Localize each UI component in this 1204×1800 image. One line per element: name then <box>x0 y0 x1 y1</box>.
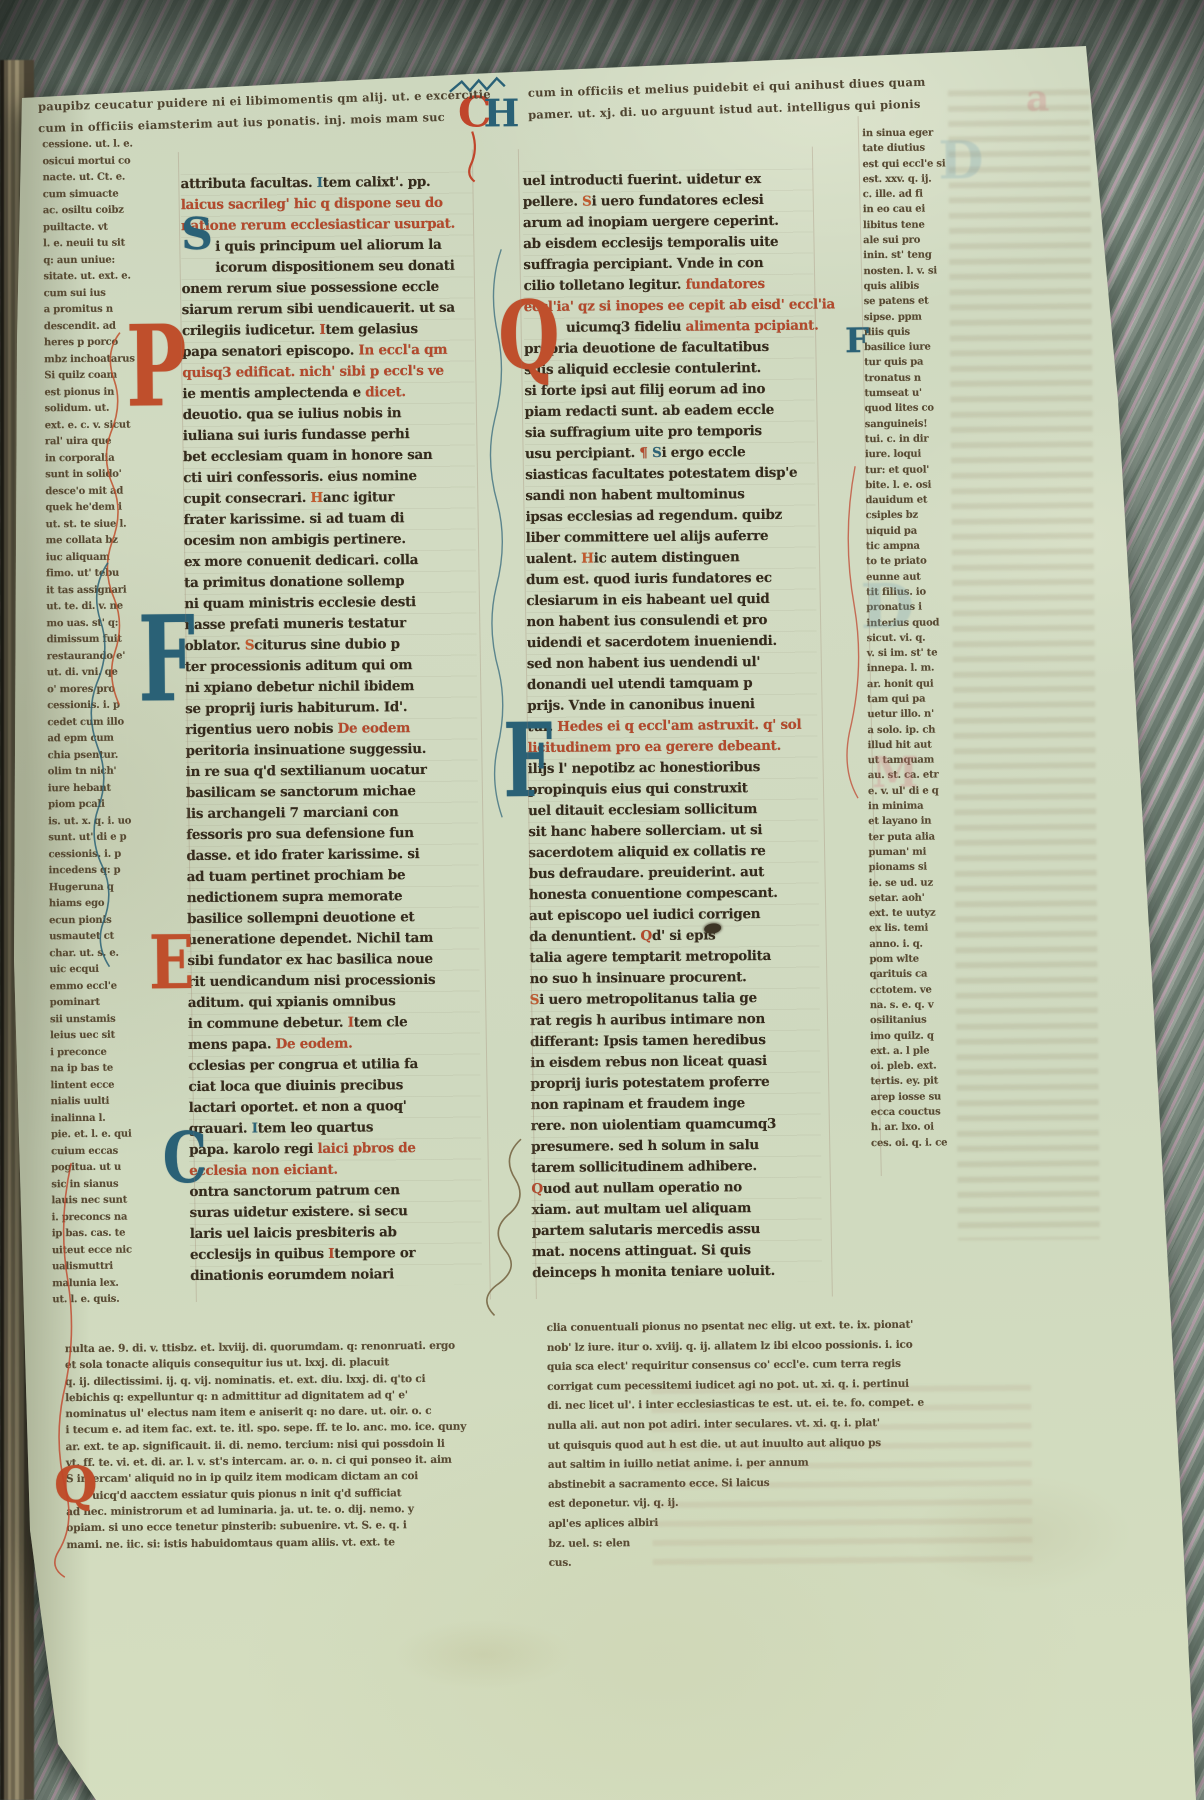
folio-number: 194 <box>1117 53 1150 73</box>
text-line: sacerdotem aliquid ex collatis re <box>528 841 818 865</box>
text-line: mat. nocens attinguat. Si quis <box>532 1240 822 1264</box>
drop-cap-f-frigentius: F <box>138 612 196 707</box>
text-line: propinquis eius qui construxit <box>528 778 818 802</box>
text-line: aut episcopo uel iudici corrigen <box>529 904 819 928</box>
text-line: sia suffragium uite pro temporis <box>525 421 815 445</box>
ivy-tendril-flourish <box>485 1139 522 1315</box>
text-line: liber committere uel alijs auferre <box>526 526 816 550</box>
text-line: iuliana sui iuris fundasse perhi <box>183 424 475 448</box>
page-shadow-wrap: p. 89. 194 CH paupibz ceucatur puidere n… <box>0 0 1204 1800</box>
text-line: dasse. et ido frater karissime. si <box>186 844 478 868</box>
text-line: uel introducti fuerint. uidetur ex <box>523 169 813 193</box>
text-line: propria deuotione de facultatibus <box>524 337 814 361</box>
text-line: fessoris pro sua defensione fun <box>186 823 478 847</box>
drop-cap-e-ecclesias: E <box>149 934 195 994</box>
text-line: ueneratione dependet. Nichil tam <box>187 928 479 952</box>
text-line: non habent ius consulendi et pro <box>526 610 816 634</box>
text-line: uel ditauit ecclesiam sollicitum <box>528 799 818 823</box>
text-line: arum ad inopiam uergere ceperint. <box>523 211 813 235</box>
text-line: dinationis eorumdem noiari <box>190 1264 482 1288</box>
text-line: clesiarum in eis habeant uel quid <box>526 589 816 613</box>
text-line: donandi uel utendi tamquam p <box>527 673 817 697</box>
drop-cap-q-quicumque: Q <box>498 299 560 375</box>
text-line: eccl'ia' qz si inopes ee cepit ab eisd' … <box>524 295 814 319</box>
main-column-2: uel introducti fuerint. uidetur expeller… <box>523 169 823 1284</box>
text-line: prijs. Vnde in canonibus inueni <box>527 694 817 718</box>
text-line: honesta conuentione compescant. <box>529 883 819 907</box>
text-line: cilio tolletano legitur. fundatores <box>523 274 813 298</box>
text-line: rere. non uiolentiam quamcumq3 <box>531 1114 821 1138</box>
text-line: natione rerum ecclesiasticar usurpat. <box>181 214 473 238</box>
corner-inscription: p. 89. <box>1061 25 1114 43</box>
text-line: uicumq3 fideliu alimenta pcipiant. <box>524 316 814 340</box>
text-line: in commune debetur. Item cle <box>188 1012 480 1036</box>
text-line: piam redacti sunt. ab eadem eccle <box>525 400 815 424</box>
text-line: aditum. qui xpianis omnibus <box>188 991 480 1015</box>
gloss-line: mami. ne. iic. si: istis habuidomtaus qu… <box>66 1533 518 1553</box>
ghost-letter-d-lower: D <box>860 576 914 638</box>
text-line: in re sua q'd sextilianum uocatur <box>186 760 478 784</box>
text-line: suis aliquid ecclesie contulerint. <box>524 358 814 382</box>
text-line: peritoria insinuatione suggessiu. <box>185 739 477 763</box>
manuscript-photo: { "page": { "folio_number": "194", "corn… <box>0 0 1204 1800</box>
text-line: icorum dispositionem seu donati <box>181 256 473 280</box>
text-line: ontra sanctorum patrum cen <box>189 1180 481 1204</box>
text-line: si forte ipsi aut filij eorum ad ino <box>524 379 814 403</box>
text-line: siarum rerum sibi uendicauerit. ut sa <box>182 298 474 322</box>
top-gloss-line2-right: pamer. ut. xj. di. uo arguunt istud aut.… <box>528 97 921 122</box>
text-line: suffragia percipiant. Vnde in con <box>523 253 813 277</box>
text-line: talia agere temptarit metropolita <box>529 946 819 970</box>
text-line: presumere. sed h solum in salu <box>531 1135 821 1159</box>
text-line: deuotio. qua se iulius nobis in <box>183 403 475 427</box>
top-gloss-line2-left: cum in officiis eiamsterim aut ius ponat… <box>38 110 445 135</box>
text-line: rigentius uero nobis De eodem <box>185 718 477 742</box>
text-line: lis archangeli 7 marciani con <box>186 802 478 826</box>
text-line: ciat loca que diuinis precibus <box>188 1075 480 1099</box>
text-line: nedictionem supra memorate <box>187 886 479 910</box>
text-line: ex more conuenit dedicari. colla <box>184 550 476 574</box>
text-line: ocesim non ambigis pertinere. <box>184 529 476 553</box>
text-line: deinceps h monita teniare uoluit. <box>532 1261 822 1285</box>
drop-cap-s-si-quis: S <box>181 217 213 252</box>
text-line: nasse prefati muneris testatur <box>184 613 476 637</box>
text-line: proprij iuris potestatem proferre <box>530 1072 820 1096</box>
text-line: i quis principum uel aliorum la <box>181 235 473 259</box>
text-line: no suo h insinuare procurent. <box>530 967 820 991</box>
text-line: ecclesia non eiciant. <box>189 1159 481 1183</box>
text-line: ter processionis aditum qui om <box>185 655 477 679</box>
text-line: onem rerum siue possessione eccle <box>181 277 473 301</box>
text-line: sed non habent ius uendendi ul' <box>527 652 817 676</box>
text-line: sandi non habent multominus <box>525 484 815 508</box>
text-line: papa senatori episcopo. In eccl'a qm <box>182 340 474 364</box>
text-line: lactari oportet. et non a quoq' <box>189 1096 481 1120</box>
text-line: usu percipiant. ¶ Si ergo eccle <box>525 442 815 466</box>
text-line: pellere. Si uero fundatores eclesi <box>523 190 813 214</box>
text-line: basilicam se sanctorum michae <box>186 781 478 805</box>
text-line: ab eisdem ecclesijs temporalis uite <box>523 232 813 256</box>
text-line: bet ecclesiam quam in honore san <box>183 445 475 469</box>
text-line: oblator. Sciturus sine dubio p <box>185 634 477 658</box>
text-line: partem salutaris mercedis assu <box>532 1219 822 1243</box>
text-line: suras uidetur existere. si secu <box>190 1201 482 1225</box>
text-line: quisq3 edificat. nich' sibi p eccl's ve <box>182 361 474 385</box>
ghost-letter-m: M <box>872 752 919 794</box>
text-line: da denuntient. Qd' si epis <box>529 925 819 949</box>
text-line: differant: Ipsis tamen heredibus <box>530 1030 820 1054</box>
text-line: tarem sollicitudinem adhibere. <box>531 1156 821 1180</box>
drop-cap-f-right-gloss: F <box>845 328 869 355</box>
text-line: ni xpiano debetur nichil ibidem <box>185 676 477 700</box>
text-line: cclesias per congrua et utilia fa <box>188 1054 480 1078</box>
text-line: crilegiis iudicetur. Item gelasius <box>182 319 474 343</box>
text-line: Quod aut nullam operatio no <box>531 1177 821 1201</box>
text-line: ta primitus donatione sollemp <box>184 571 476 595</box>
top-gloss-line1-right: cum in officiis et melius puidebit ei qu… <box>528 75 926 100</box>
text-line: cti uiri confessoris. eius nomine <box>183 466 475 490</box>
text-line: ad tuam pertinet prochiam be <box>187 865 479 889</box>
text-line: sit hanc habere sollerciam. ut si <box>528 820 818 844</box>
text-line: se proprij iuris habiturum. Id'. <box>185 697 477 721</box>
text-line: laicus sacrileg' hic q dispone seu do <box>181 193 473 217</box>
drop-cap-p-pie-mentis: P <box>126 322 187 412</box>
verso-show-through <box>948 89 1100 1240</box>
text-line: rit uendicandum nisi processionis <box>188 970 480 994</box>
text-line: ualent. Hic autem distinguen <box>526 547 816 571</box>
text-line: ni quam ministris ecclesie desti <box>184 592 476 616</box>
text-line: Si uero metropolitanus talia ge <box>530 988 820 1012</box>
text-line: cupit consecrari. Hanc igitur <box>183 487 475 511</box>
text-line: licitudinem pro ea gerere debeant. <box>527 736 817 760</box>
text-line: dum est. quod iuris fundatores ec <box>526 568 816 592</box>
drop-cap-f-filiis: F <box>503 721 553 803</box>
penwork-flourish-right-red <box>844 466 859 798</box>
text-line: bus defraudare. preuiderint. aut <box>529 862 819 886</box>
main-column-1: attributa facultas. Item calixt'. pp.lai… <box>181 172 483 1288</box>
text-line: laris uel laicis presbiteris ab <box>190 1222 482 1246</box>
manuscript-page: p. 89. 194 CH paupibz ceucatur puidere n… <box>0 0 1204 1800</box>
text-line: ilijs l' nepotibz ac honestioribus <box>528 757 818 781</box>
text-line: tur. Hedes ei q eccl'am astruxit. q' sol <box>527 715 817 739</box>
text-line: siasticas facultates potestatem disp'e <box>525 463 815 487</box>
text-line: papa. karolo regi laici pbros de <box>189 1138 481 1162</box>
text-line: ie mentis amplectenda e dicet. <box>182 382 474 406</box>
text-line: ipsas ecclesias ad regendum. quibz <box>525 505 815 529</box>
page-content: p. 89. 194 CH paupibz ceucatur puidere n… <box>0 0 1204 1800</box>
text-line: in eisdem rebus non liceat quasi <box>530 1051 820 1075</box>
text-line: mens papa. De eodem. <box>188 1033 480 1057</box>
text-line: ecclesijs in quibus Itempore or <box>190 1243 482 1267</box>
parchment-stain <box>393 1619 574 1691</box>
bottom-gloss-left: nulta ae. 9. di. v. ttisbz. et. lxviij. … <box>65 1337 519 1553</box>
parchment-stain-2 <box>912 1474 1133 1596</box>
drop-cap-q-bottom-gloss: Q <box>54 1465 98 1505</box>
text-line: rat regis h auribus intimare non <box>530 1009 820 1033</box>
text-line: xiam. aut multam uel aliquam <box>532 1198 822 1222</box>
text-line: sibi fundator ex hac basilica noue <box>187 949 479 973</box>
text-line: attributa facultas. Item calixt'. pp. <box>181 172 473 196</box>
text-line: frater karissime. si ad tuam di <box>183 508 475 532</box>
text-line: basilice sollempni deuotione et <box>187 907 479 931</box>
drop-cap-c-contra: C <box>162 1130 207 1186</box>
text-line: uidendi et sacerdotem inueniendi. <box>527 631 817 655</box>
text-line: grauari. Item leo quartus <box>189 1117 481 1141</box>
text-line: non rapinam et fraudem inge <box>531 1093 821 1117</box>
